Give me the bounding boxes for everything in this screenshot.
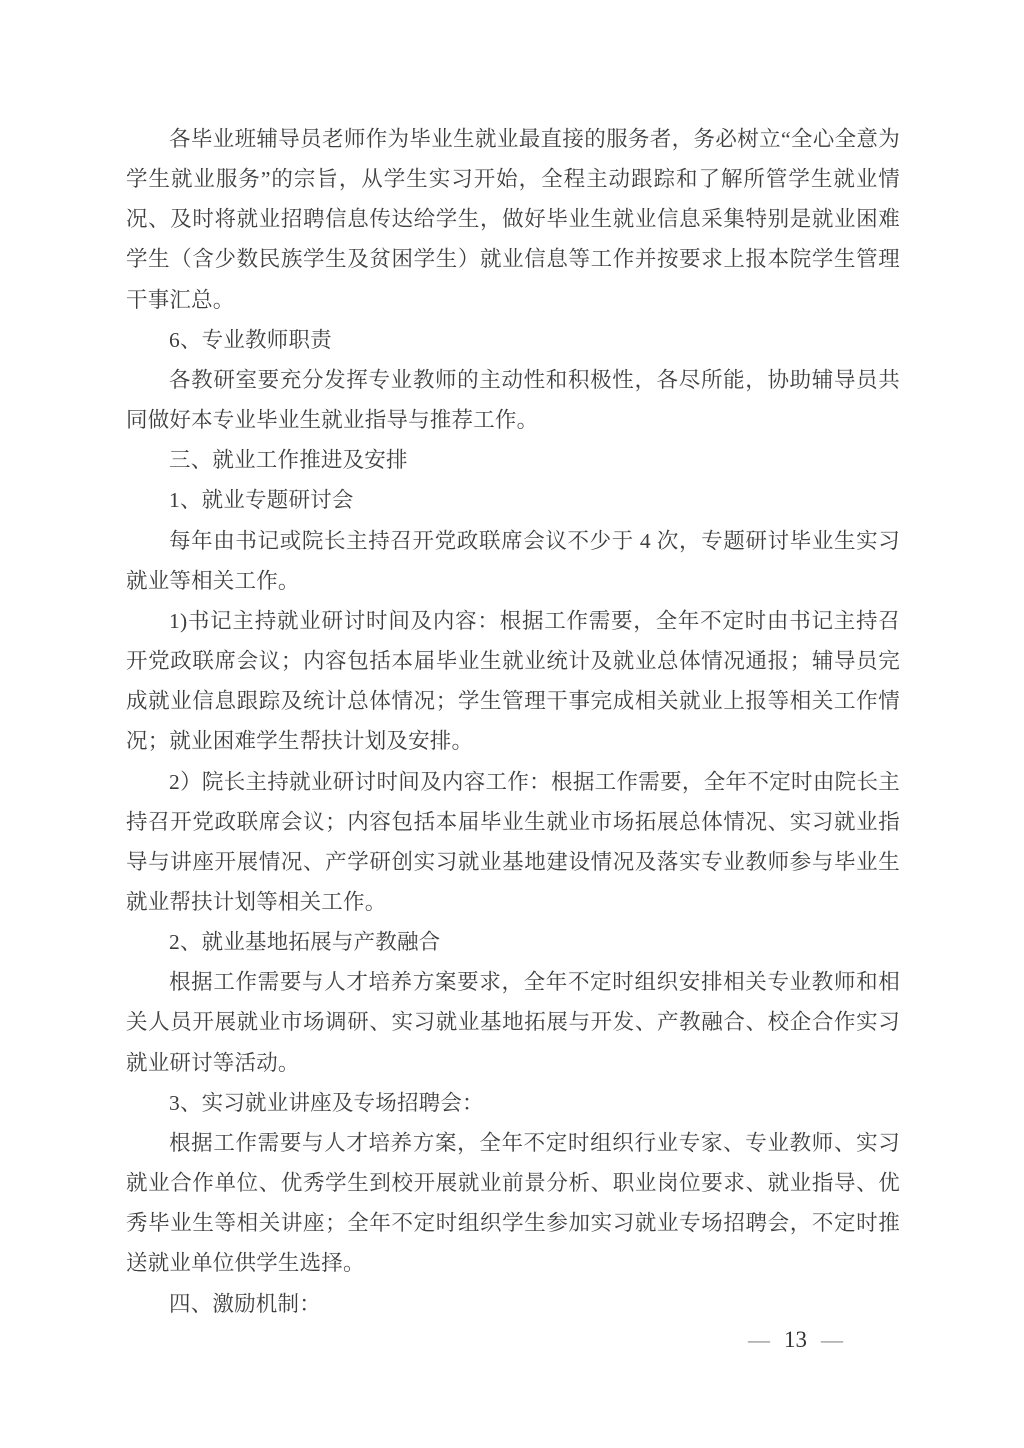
heading-1-seminar: 1、就业专题研讨会	[126, 480, 900, 520]
page-number-dash-right: —	[821, 1326, 843, 1354]
document-body: 各毕业班辅导员老师作为毕业生就业最直接的服务者，务必树立“全心全意为学生就业服务…	[126, 119, 900, 1324]
paragraph-lectures-jobfairs: 根据工作需要与人才培养方案，全年不定时组织行业专家、专业教师、实习就业合作单位、…	[126, 1123, 900, 1284]
page-number: — 13 —	[748, 1326, 843, 1354]
heading-6-teacher-duty: 6、专业教师职责	[126, 320, 900, 360]
paragraph-counselor-duty: 各毕业班辅导员老师作为毕业生就业最直接的服务者，务必树立“全心全意为学生就业服务…	[126, 119, 900, 320]
heading-section-3: 三、就业工作推进及安排	[126, 440, 900, 480]
heading-3-lectures: 3、实习就业讲座及专场招聘会：	[126, 1083, 900, 1123]
paragraph-seminar-frequency: 每年由书记或院长主持召开党政联席会议不少于 4 次，专题研讨毕业生实习就业等相关…	[126, 521, 900, 601]
paragraph-secretary-seminar: 1)书记主持就业研讨时间及内容：根据工作需要，全年不定时由书记主持召开党政联席会…	[126, 601, 900, 762]
heading-2-base-expansion: 2、就业基地拓展与产教融合	[126, 922, 900, 962]
paragraph-base-expansion: 根据工作需要与人才培养方案要求，全年不定时组织安排相关专业教师和相关人员开展就业…	[126, 962, 900, 1082]
page-number-value: 13	[784, 1326, 807, 1354]
page-number-dash-left: —	[748, 1326, 770, 1354]
paragraph-dean-seminar: 2）院长主持就业研讨时间及内容工作：根据工作需要，全年不定时由院长主持召开党政联…	[126, 762, 900, 923]
heading-section-4: 四、激励机制：	[126, 1284, 900, 1324]
paragraph-teacher-duty: 各教研室要充分发挥专业教师的主动性和积极性，各尽所能，协助辅导员共同做好本专业毕…	[126, 360, 900, 440]
document-page: 各毕业班辅导员老师作为毕业生就业最直接的服务者，务必树立“全心全意为学生就业服务…	[0, 0, 1024, 1448]
